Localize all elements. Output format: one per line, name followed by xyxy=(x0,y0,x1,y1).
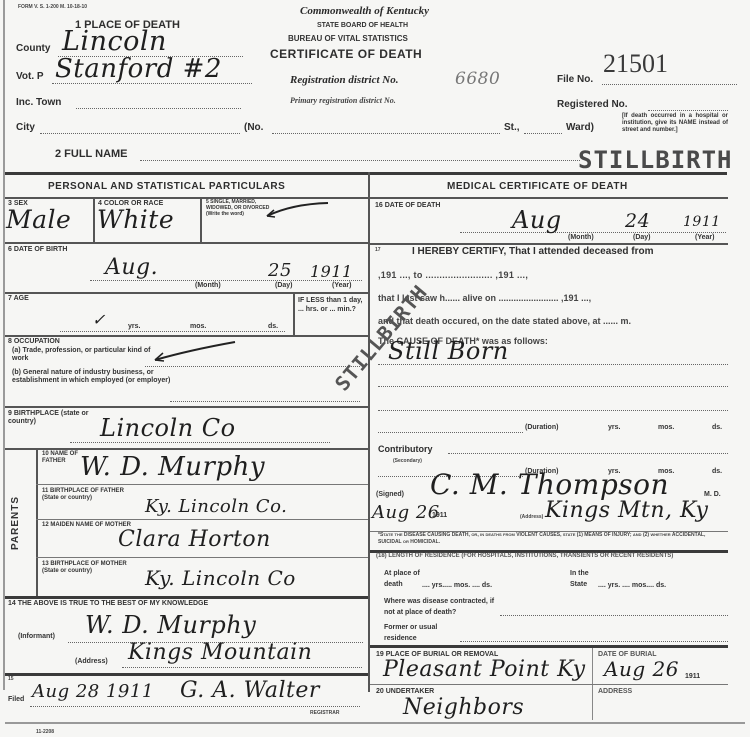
primary-registration-label: Primary registration district No. xyxy=(290,96,396,105)
burial-year: 1911 xyxy=(685,673,700,681)
dod-day: 24 xyxy=(625,210,650,232)
in-state-label: In the State xyxy=(570,568,600,590)
residence-heading: (18) LENGTH OF RESIDENCE (FOR HOSPITALS,… xyxy=(376,553,726,560)
signed-year: 1911 xyxy=(432,512,447,520)
personal-heading: PERSONAL AND STATISTICAL PARTICULARS xyxy=(48,181,285,192)
arrow-mark-icon xyxy=(150,340,240,365)
registrar-signature: G. A. Walter xyxy=(180,678,320,703)
duration-label: (Duration) xyxy=(525,424,558,432)
dob-day-caption: (Day) xyxy=(275,282,293,290)
occupation-a-label: (a) Trade, profession, or particular kin… xyxy=(12,347,162,363)
full-name-label: 2 FULL NAME xyxy=(55,148,128,160)
inc-town-label: Inc. Town xyxy=(16,97,61,108)
informant-value: W. D. Murphy xyxy=(85,611,256,639)
commonwealth-title: Commonwealth of Kentucky xyxy=(300,5,429,17)
mother-birthplace-label: 13 BIRTHPLACE OF MOTHER (State or countr… xyxy=(42,561,132,575)
in-state-yrs: .... yrs. .... mos.... ds. xyxy=(598,582,666,590)
dod-year: 1911 xyxy=(683,214,721,230)
signed-label: (Signed) xyxy=(376,491,404,499)
stillbirth-stamp: STILLBIRTH xyxy=(578,146,733,174)
color-value: White xyxy=(97,205,174,234)
dob-day: 25 xyxy=(268,260,292,281)
medical-heading: MEDICAL CERTIFICATE OF DEATH xyxy=(447,181,628,192)
arrow-mark-icon xyxy=(262,200,332,220)
dob-month: Aug. xyxy=(105,255,158,280)
street-no-label: (No. xyxy=(244,122,263,133)
dod-year-caption: (Year) xyxy=(695,234,714,242)
at-place-yrs: .... yrs..... mos. .... ds. xyxy=(422,582,492,590)
dod-month: Aug xyxy=(512,206,562,234)
age-mos-caption: mos. xyxy=(190,323,206,331)
father-name-value: W. D. Murphy xyxy=(80,452,265,482)
state-board: STATE BOARD OF HEALTH xyxy=(317,22,408,30)
dod-day-caption: (Day) xyxy=(633,234,651,242)
former-residence-label: Former or usual residence xyxy=(384,622,454,644)
file-no-label: File No. xyxy=(557,74,593,85)
certify-text: I HEREBY CERTIFY, That I attended deceas… xyxy=(412,246,654,257)
bottom-note: 11-2208 xyxy=(36,729,54,735)
undertaker-address-label: ADDRESS xyxy=(598,688,632,696)
certify-number: 17 xyxy=(375,247,381,253)
age-label: 7 AGE xyxy=(8,295,29,303)
birthplace-value: Lincoln Co xyxy=(100,414,236,442)
father-birthplace-label: 11 BIRTHPLACE OF FATHER (State or countr… xyxy=(42,488,132,502)
st-label: St., xyxy=(504,122,520,133)
form-number: FORM V. S. 1-200 M. 10-18-10 xyxy=(18,4,87,10)
sex-value: Male xyxy=(6,205,71,234)
duration-mos: mos. xyxy=(658,424,674,432)
undertaker-value: Neighbors xyxy=(403,695,524,720)
left-border xyxy=(3,0,5,690)
city-label: City xyxy=(16,122,35,133)
county-value: Lincoln xyxy=(62,26,167,57)
mother-birthplace-value: Ky. Lincoln Co xyxy=(145,566,296,590)
age-yrs-caption: yrs. xyxy=(128,323,140,331)
registration-district-value: 6680 xyxy=(455,69,500,89)
informant-address-value: Kings Mountain xyxy=(128,640,312,665)
dob-month-caption: (Month) xyxy=(195,282,221,290)
vot-label: Vot. P xyxy=(16,71,44,82)
secondary-label: (Secondary) xyxy=(393,458,422,464)
filed-value: Aug 28 1911 xyxy=(32,681,154,702)
occupation-label: 8 OCCUPATION xyxy=(8,338,60,346)
age-ds-caption: ds. xyxy=(268,323,278,331)
bureau: BUREAU OF VITAL STATISTICS xyxy=(288,35,408,43)
registrar-label: REGISTRAR xyxy=(310,710,339,716)
contributory-ds: ds. xyxy=(712,468,722,476)
duration-ds: ds. xyxy=(712,424,722,432)
dob-label: 6 DATE OF BIRTH xyxy=(8,246,67,254)
burial-date-value: Aug 26 xyxy=(604,657,679,681)
cause-footnote: *State the DISEASE CAUSING DEATH, or, in… xyxy=(378,532,728,546)
dob-year-caption: (Year) xyxy=(332,282,351,290)
true-statement: 14 THE ABOVE IS TRUE TO THE BEST OF MY K… xyxy=(8,600,208,608)
item-15-number: 15 xyxy=(8,676,14,682)
dob-year: 1911 xyxy=(310,262,353,281)
registered-no-label: Registered No. xyxy=(557,99,628,110)
attended-dates-line: ,191 ..., to ........................ ,1… xyxy=(378,270,528,280)
occupation-b-label: (b) General nature of industry business,… xyxy=(12,369,172,385)
dod-month-caption: (Month) xyxy=(568,234,594,242)
contributory-label: Contributory xyxy=(378,444,433,454)
physician-signature: C. M. Thompson xyxy=(430,468,669,501)
father-birthplace-value: Ky. Lincoln Co. xyxy=(145,496,287,517)
ward-label: Ward) xyxy=(566,122,594,133)
mother-maiden-value: Clara Horton xyxy=(118,527,271,552)
death-certificate: FORM V. S. 1-200 M. 10-18-10 1 PLACE OF … xyxy=(0,0,750,737)
informant-address-label: (Address) xyxy=(75,658,108,666)
burial-place-value: Pleasant Point Ky xyxy=(383,657,586,682)
physician-address-value: Kings Mtn, Ky xyxy=(545,498,709,523)
hospital-note: [If death occurred in a hospital or inst… xyxy=(622,113,728,134)
duration-yrs: yrs. xyxy=(608,424,620,432)
certificate-title: CERTIFICATE OF DEATH xyxy=(270,47,422,61)
file-no-value: 21501 xyxy=(603,49,668,79)
cause-of-death-value: Still Born xyxy=(388,337,509,365)
physician-address-label: (Address) xyxy=(520,514,543,520)
registration-district-label: Registration district No. xyxy=(290,74,399,86)
dod-label: 16 DATE OF DEATH xyxy=(375,202,440,210)
where-contracted-label: Where was disease contracted, if not at … xyxy=(384,596,504,618)
filed-label: Filed xyxy=(8,696,24,704)
county-label: County xyxy=(16,43,50,54)
less-than-day-label: IF LESS than 1 day, ... hrs. or ... min.… xyxy=(298,296,366,314)
parents-label: PARENTS xyxy=(10,496,21,550)
informant-label: (Informant) xyxy=(18,633,55,641)
signed-date: Aug 26 xyxy=(372,502,440,523)
vot-value: Stanford #2 xyxy=(55,54,222,84)
death-occurred-line: and that death occured, on the date stat… xyxy=(378,316,631,326)
birthplace-label: 9 BIRTHPLACE (state or country) xyxy=(8,410,98,426)
